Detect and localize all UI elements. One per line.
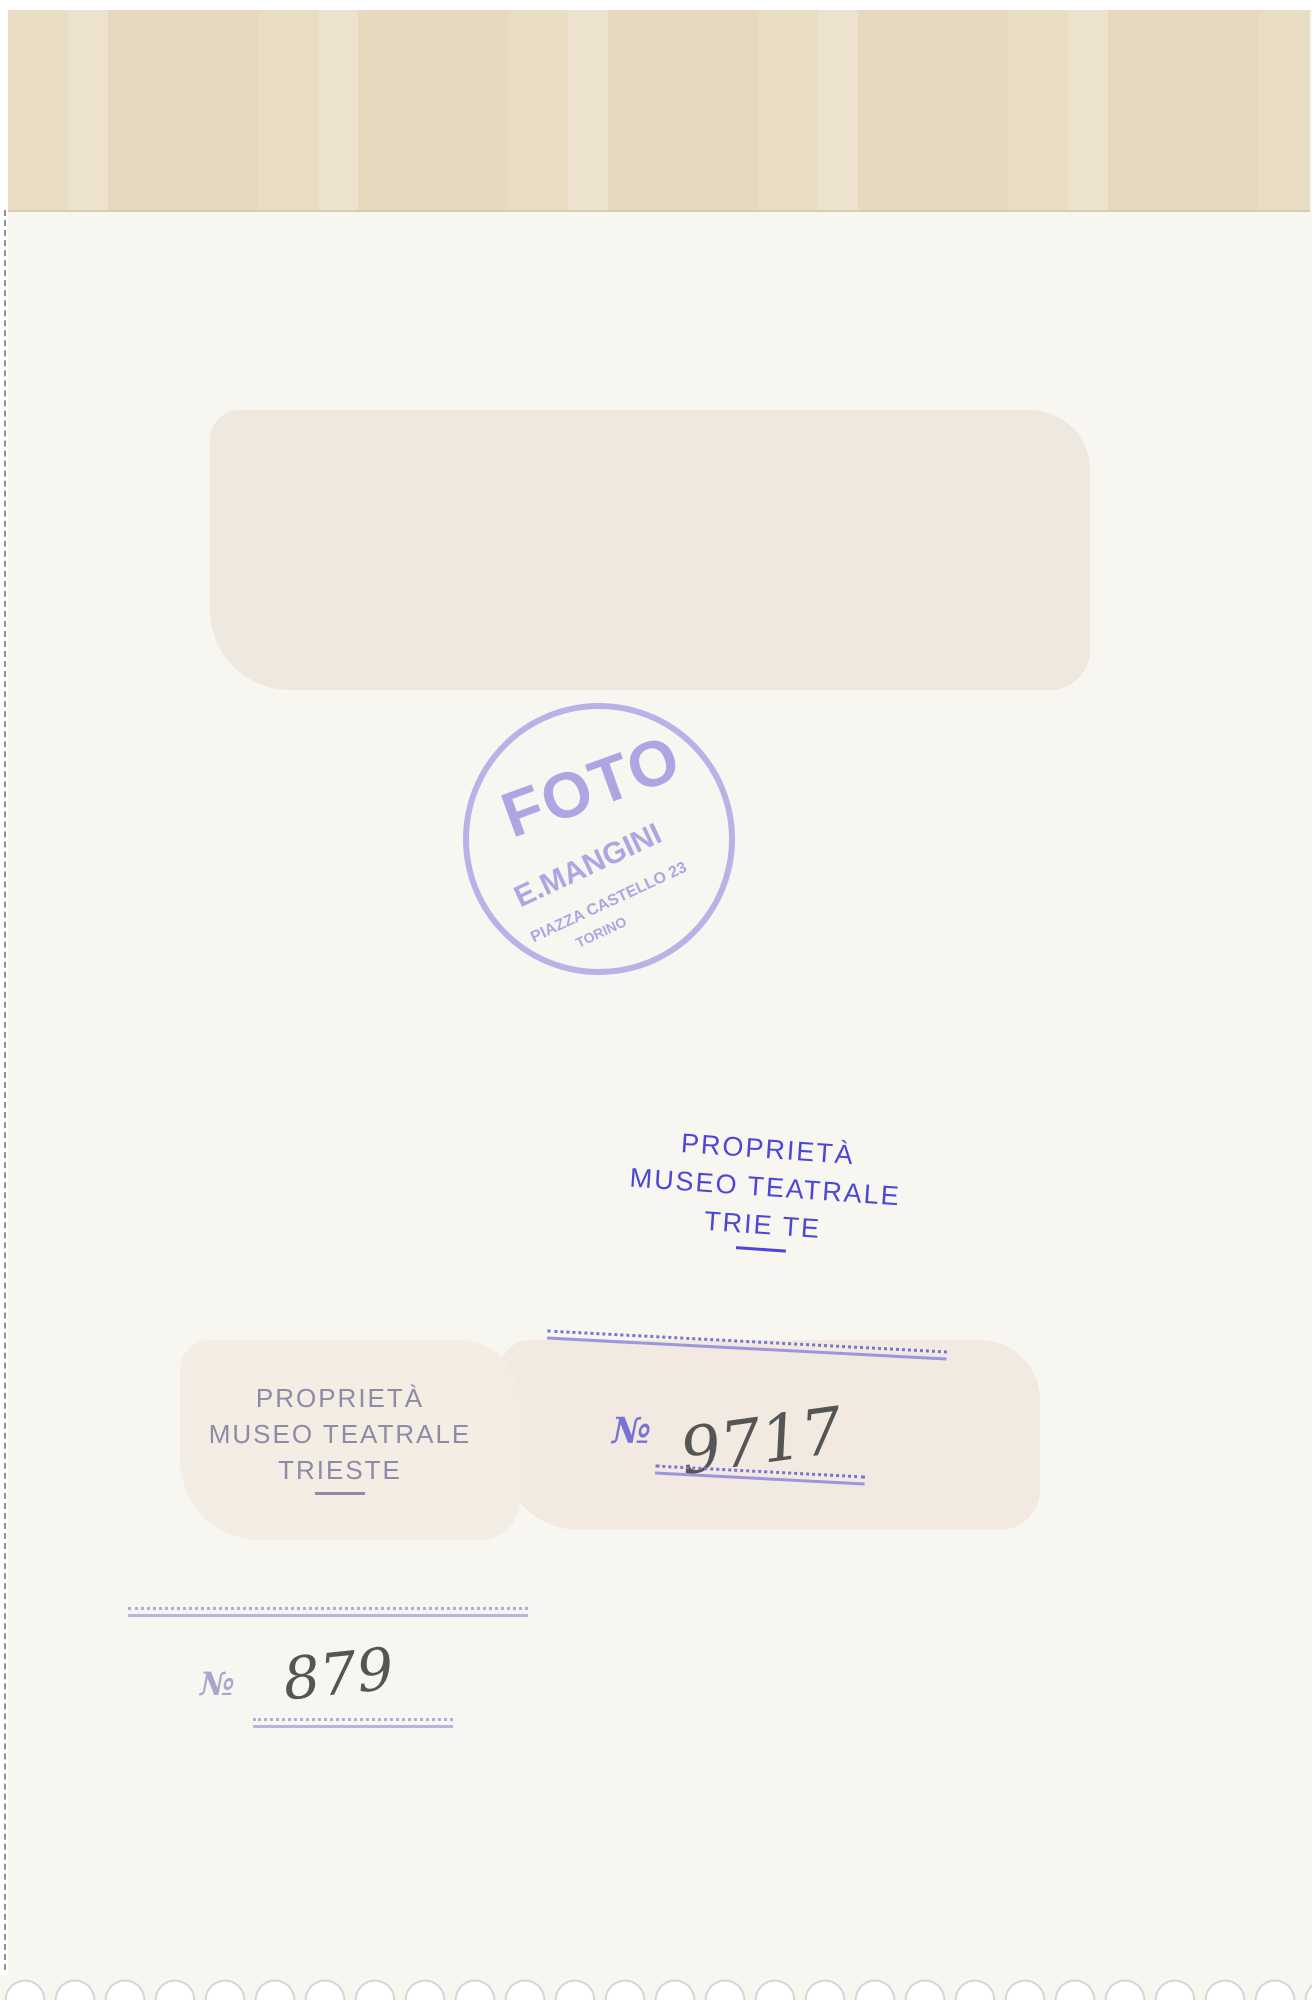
stamp-line-proprieta: PROPRIETÀ — [160, 1380, 520, 1416]
stamp-line-city: TRIESTE — [160, 1452, 520, 1488]
inventory-number-handwritten-2: 879 — [280, 1634, 397, 1713]
ownership-stamp-secondary: PROPRIETÀ MUSEO TEATRALE TRIESTE — [160, 1380, 520, 1495]
number-line-bottom-2 — [253, 1718, 453, 1728]
photographer-stamp: FOTO E.MANGINI PIAZZA CASTELLO 23 TORINO — [463, 703, 735, 975]
number-sign: № — [612, 1410, 651, 1452]
mounting-strip — [8, 10, 1310, 212]
number-sign-2: № — [200, 1665, 235, 1703]
number-line-top-2 — [128, 1607, 528, 1617]
stamp-underline — [315, 1492, 365, 1495]
perforated-edge — [4, 210, 9, 1970]
stamp-line-museo: MUSEO TEATRALE — [160, 1416, 520, 1452]
glue-stain-upper — [210, 410, 1090, 690]
stamp-foto-text: FOTO — [492, 720, 691, 853]
scalloped-edge — [0, 1975, 1312, 2000]
